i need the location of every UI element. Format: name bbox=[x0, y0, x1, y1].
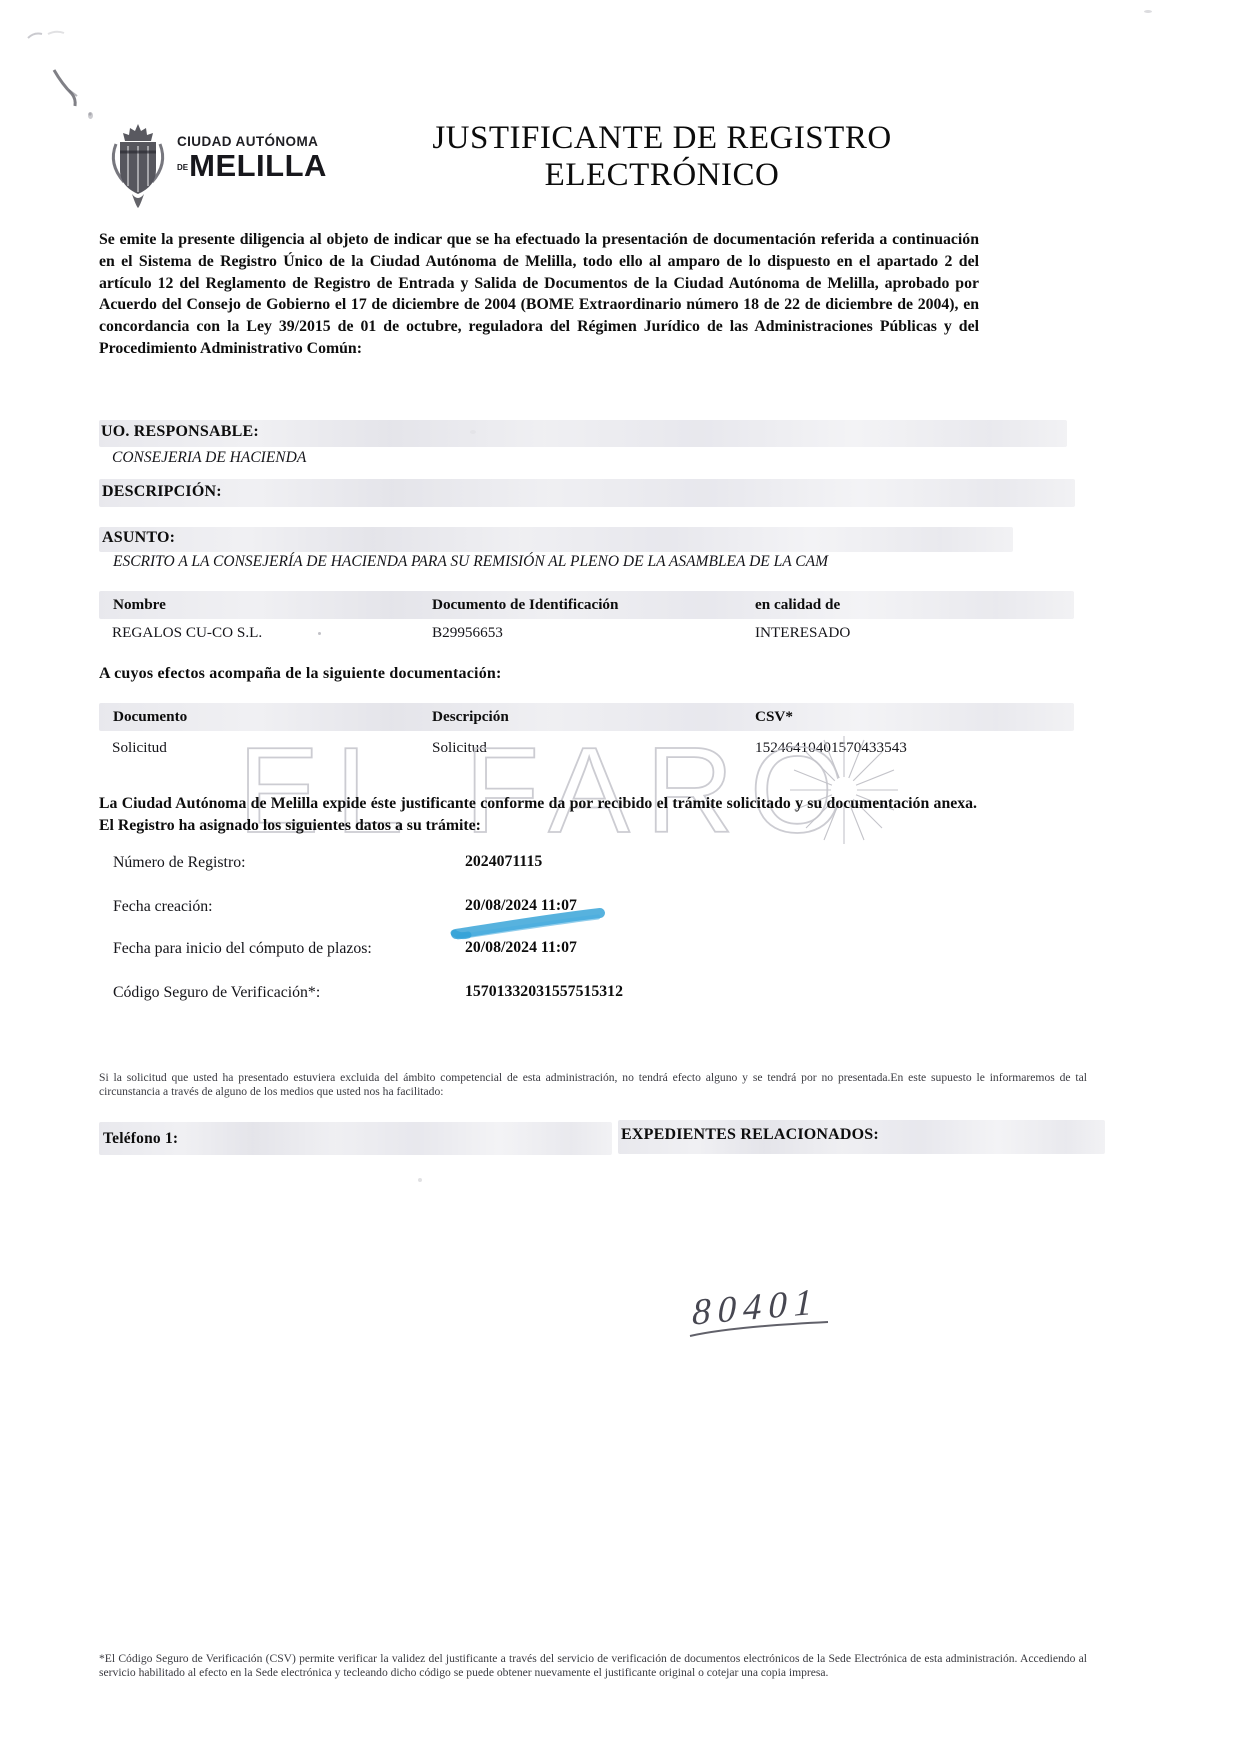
interesados-cell-documento: B29956653 bbox=[432, 624, 503, 642]
interesados-header-nombre: Nombre bbox=[113, 596, 166, 614]
melilla-coat-of-arms-icon bbox=[106, 122, 170, 210]
numero-registro-value: 2024071115 bbox=[465, 853, 542, 871]
scan-speck bbox=[418, 1178, 422, 1182]
fecha-plazos-value: 20/08/2024 11:07 bbox=[465, 939, 577, 957]
document-title-line2: ELECTRÓNICO bbox=[382, 157, 942, 194]
document-title: JUSTIFICANTE DE REGISTRO ELECTRÓNICO bbox=[382, 120, 942, 194]
aviso-exclusion-text: Si la solicitud que usted ha presentado … bbox=[99, 1071, 1087, 1098]
scanned-document-page: CIUDAD AUTÓNOMA DEMELILLA JUSTIFICANTE D… bbox=[0, 0, 1240, 1754]
numero-registro-label: Número de Registro: bbox=[113, 854, 246, 872]
logo-org-label: CIUDAD AUTÓNOMA bbox=[177, 134, 327, 149]
csv-footnote-text: *El Código Seguro de Verificación (CSV) … bbox=[99, 1652, 1087, 1679]
handwritten-underline bbox=[686, 1318, 836, 1344]
codigo-verificacion-label: Código Seguro de Verificación*: bbox=[113, 984, 320, 1002]
highlight-bar-asunto bbox=[99, 527, 1013, 552]
asunto-label: ASUNTO: bbox=[102, 529, 175, 547]
document-title-line1: JUSTIFICANTE DE REGISTRO bbox=[382, 120, 942, 157]
pen-scribble-mark bbox=[14, 24, 124, 124]
blue-highlighter-stroke bbox=[448, 903, 628, 943]
expide-paragraph: La Ciudad Autónoma de Melilla expide ést… bbox=[99, 793, 977, 837]
scan-speck bbox=[1144, 10, 1152, 13]
documentos-cell-documento: Solicitud bbox=[112, 739, 167, 757]
logo-de-label: DE bbox=[177, 163, 188, 172]
uo-responsable-value: CONSEJERIA DE HACIENDA bbox=[112, 449, 306, 467]
interesados-header-calidad: en calidad de bbox=[755, 596, 840, 614]
interesados-cell-nombre: REGALOS CU-CO S.L. bbox=[112, 624, 262, 642]
scan-speck bbox=[88, 112, 93, 119]
descripcion-label: DESCRIPCIÓN: bbox=[102, 483, 222, 501]
scan-speck bbox=[318, 632, 321, 635]
fecha-plazos-label: Fecha para inicio del cómputo de plazos: bbox=[113, 940, 372, 958]
watermark-text: EL FARO bbox=[238, 722, 861, 858]
asunto-value: ESCRITO A LA CONSEJERÍA DE HACIENDA PARA… bbox=[113, 553, 828, 571]
intro-paragraph: Se emite la presente diligencia al objet… bbox=[99, 229, 979, 360]
fecha-creacion-label: Fecha creación: bbox=[113, 898, 213, 916]
interesados-cell-calidad: INTERESADO bbox=[755, 624, 850, 642]
telefono-label: Teléfono 1: bbox=[103, 1130, 178, 1148]
expedientes-label: EXPEDIENTES RELACIONADOS: bbox=[621, 1126, 879, 1144]
codigo-verificacion-value: 15701332031557515312 bbox=[465, 983, 623, 1001]
documentos-header-documento: Documento bbox=[113, 708, 187, 726]
interesados-header-documento: Documento de Identificación bbox=[432, 596, 618, 614]
uo-responsable-label: UO. RESPONSABLE: bbox=[101, 423, 259, 441]
acompana-line: A cuyos efectos acompaña de la siguiente… bbox=[99, 665, 502, 683]
logo-city-label: MELILLA bbox=[189, 148, 327, 183]
highlight-bar-descripcion bbox=[99, 479, 1075, 507]
el-faro-watermark: EL FARO bbox=[232, 714, 932, 864]
logo-text-block: CIUDAD AUTÓNOMA DEMELILLA bbox=[177, 134, 327, 181]
